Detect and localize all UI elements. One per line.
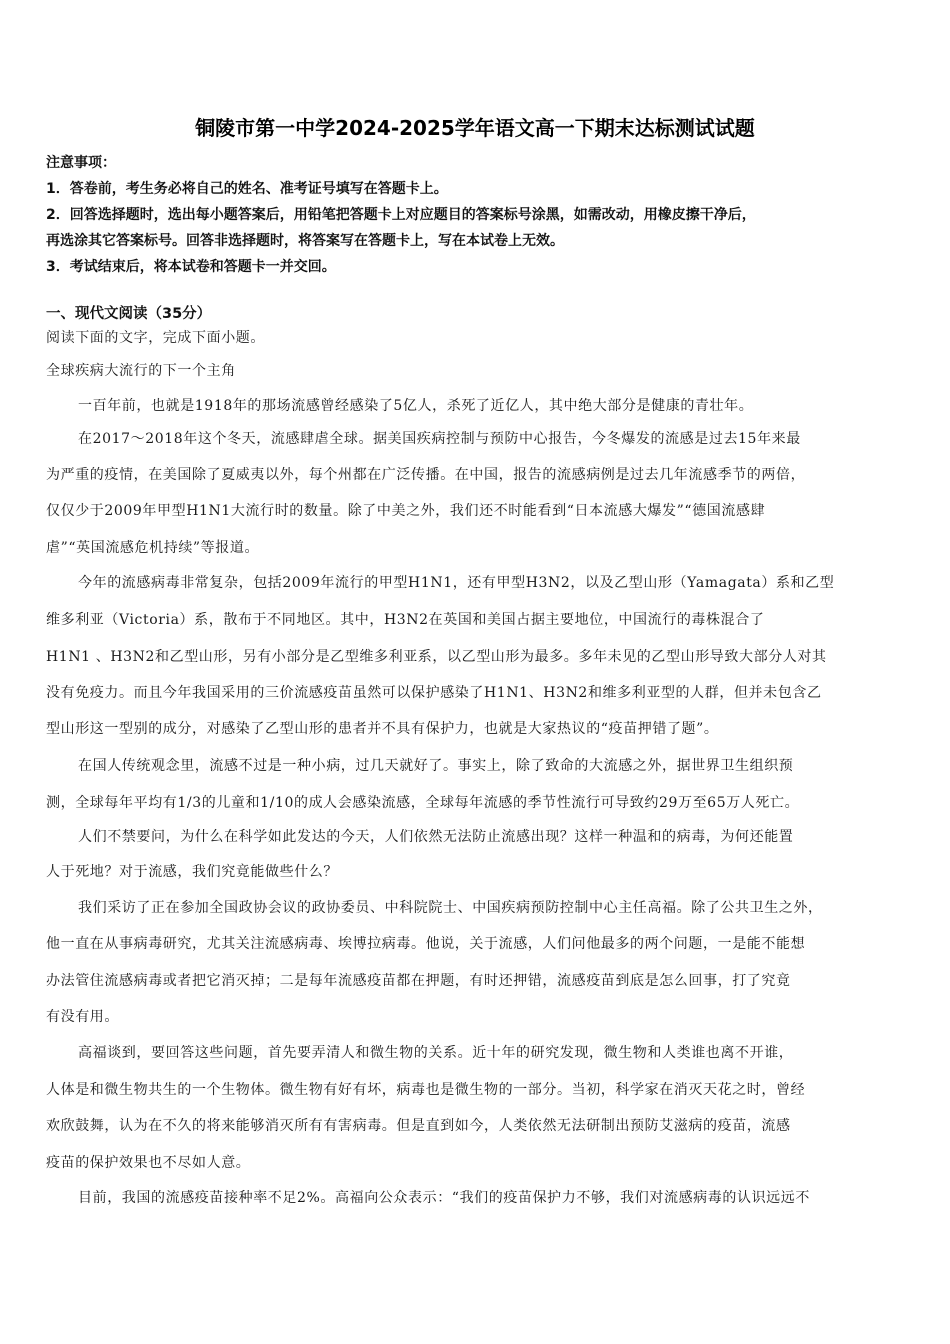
paragraph-line: 人于死地？对于流感，我们究竟能做些什么？ xyxy=(46,861,338,881)
paragraph-line: 没有免疫力。而且今年我国采用的三价流感疫苗虽然可以保护感染了H1N1、H3N2和… xyxy=(46,682,822,702)
article-title: 全球疾病大流行的下一个主角 xyxy=(46,360,236,380)
paragraph-line: 我们采访了正在参加全国政协会议的政协委员、中科院院士、中国疾病预防控制中心主任高… xyxy=(78,897,823,917)
paragraph-line: 人们不禁要问，为什么在科学如此发达的今天，人们依然无法防止流感出现？这样一种温和… xyxy=(78,826,793,846)
paragraph-line: 今年的流感病毒非常复杂，包括2009年流行的甲型H1N1，还有甲型H3N2，以及… xyxy=(78,572,834,592)
paragraph-line: 一百年前，也就是1918年的那场流感曾经感染了5亿人，杀死了近亿人，其中绝大部分… xyxy=(78,395,753,415)
paragraph-line: 在2017～2018年这个冬天，流感肆虐全球。据美国疾病控制与预防中心报告，今冬… xyxy=(78,428,801,448)
paragraph-line: 为严重的疫情，在美国除了夏威夷以外，每个州都在广泛传播。在中国，报告的流感病例是… xyxy=(46,464,805,484)
paragraph-line: 有没有用。 xyxy=(46,1006,119,1026)
paragraph-line: 目前，我国的流感疫苗接种率不足2%。高福向公众表示：“我们的疫苗保护力不够，我们… xyxy=(78,1187,810,1207)
paragraph-line: H1N1 、H3N2和乙型山形，另有小部分是乙型维多利亚系，以乙型山形为最多。多… xyxy=(46,646,827,666)
section-heading: 一、现代文阅读（35分） xyxy=(46,302,211,323)
notice-item-3: 3．考试结束后，将本试卷和答题卡一并交回。 xyxy=(46,256,336,276)
paragraph-line: 疫苗的保护效果也不尽如人意。 xyxy=(46,1152,250,1172)
paragraph-line: 测，全球每年平均有1/3的儿童和1/10的成人会感染流感，全球每年流感的季节性流… xyxy=(46,792,799,812)
notice-item-2-cont: 再选涂其它答案标号。回答非选择题时，将答案写在答题卡上，写在本试卷上无效。 xyxy=(46,230,564,250)
paragraph-line: 在国人传统观念里，流感不过是一种小病，过几天就好了。事实上，除了致命的大流感之外… xyxy=(78,755,793,775)
paragraph-line: 仅仅少于2009年甲型H1N1大流行时的数量。除了中美之外，我们还不时能看到“日… xyxy=(46,500,765,520)
paragraph-line: 人体是和微生物共生的一个生物体。微生物有好有坏，病毒也是微生物的一部分。当初，科… xyxy=(46,1079,805,1099)
paragraph-line: 办法管住流感病毒或者把它消灭掉；二是每年流感疫苗都在押题，有时还押错，流感疫苗到… xyxy=(46,970,791,990)
paragraph-line: 他一直在从事病毒研究，尤其关注流感病毒、埃博拉病毒。他说，关于流感，人们问他最多… xyxy=(46,933,805,953)
section-instruction: 阅读下面的文字，完成下面小题。 xyxy=(46,327,265,347)
notice-item-2: 2．回答选择题时，选出每小题答案后，用铅笔把答题卡上对应题目的答案标号涂黑，如需… xyxy=(46,204,756,224)
document-page: 铜陵市第一中学2024-2025学年语文高一下期末达标测试试题 注意事项： 1．… xyxy=(0,0,950,1344)
paragraph-line: 型山形这一型别的成分，对感染了乙型山形的患者并不具有保护力，也就是大家热议的“疫… xyxy=(46,718,719,738)
notice-item-1: 1．答卷前，考生务必将自己的姓名、准考证号填写在答题卡上。 xyxy=(46,178,448,198)
page-title: 铜陵市第一中学2024-2025学年语文高一下期末达标测试试题 xyxy=(0,112,950,141)
paragraph-line: 高福谈到，要回答这些问题，首先要弄清人和微生物的关系。近十年的研究发现，微生物和… xyxy=(78,1042,793,1062)
notice-heading: 注意事项： xyxy=(46,152,116,172)
paragraph-line: 虐”“英国流感危机持续”等报道。 xyxy=(46,537,259,557)
paragraph-line: 维多利亚（Victoria）系，散布于不同地区。其中，H3N2在英国和美国占据主… xyxy=(46,609,764,629)
paragraph-line: 欢欣鼓舞，认为在不久的将来能够消灭所有有害病毒。但是直到如今，人类依然无法研制出… xyxy=(46,1115,791,1135)
